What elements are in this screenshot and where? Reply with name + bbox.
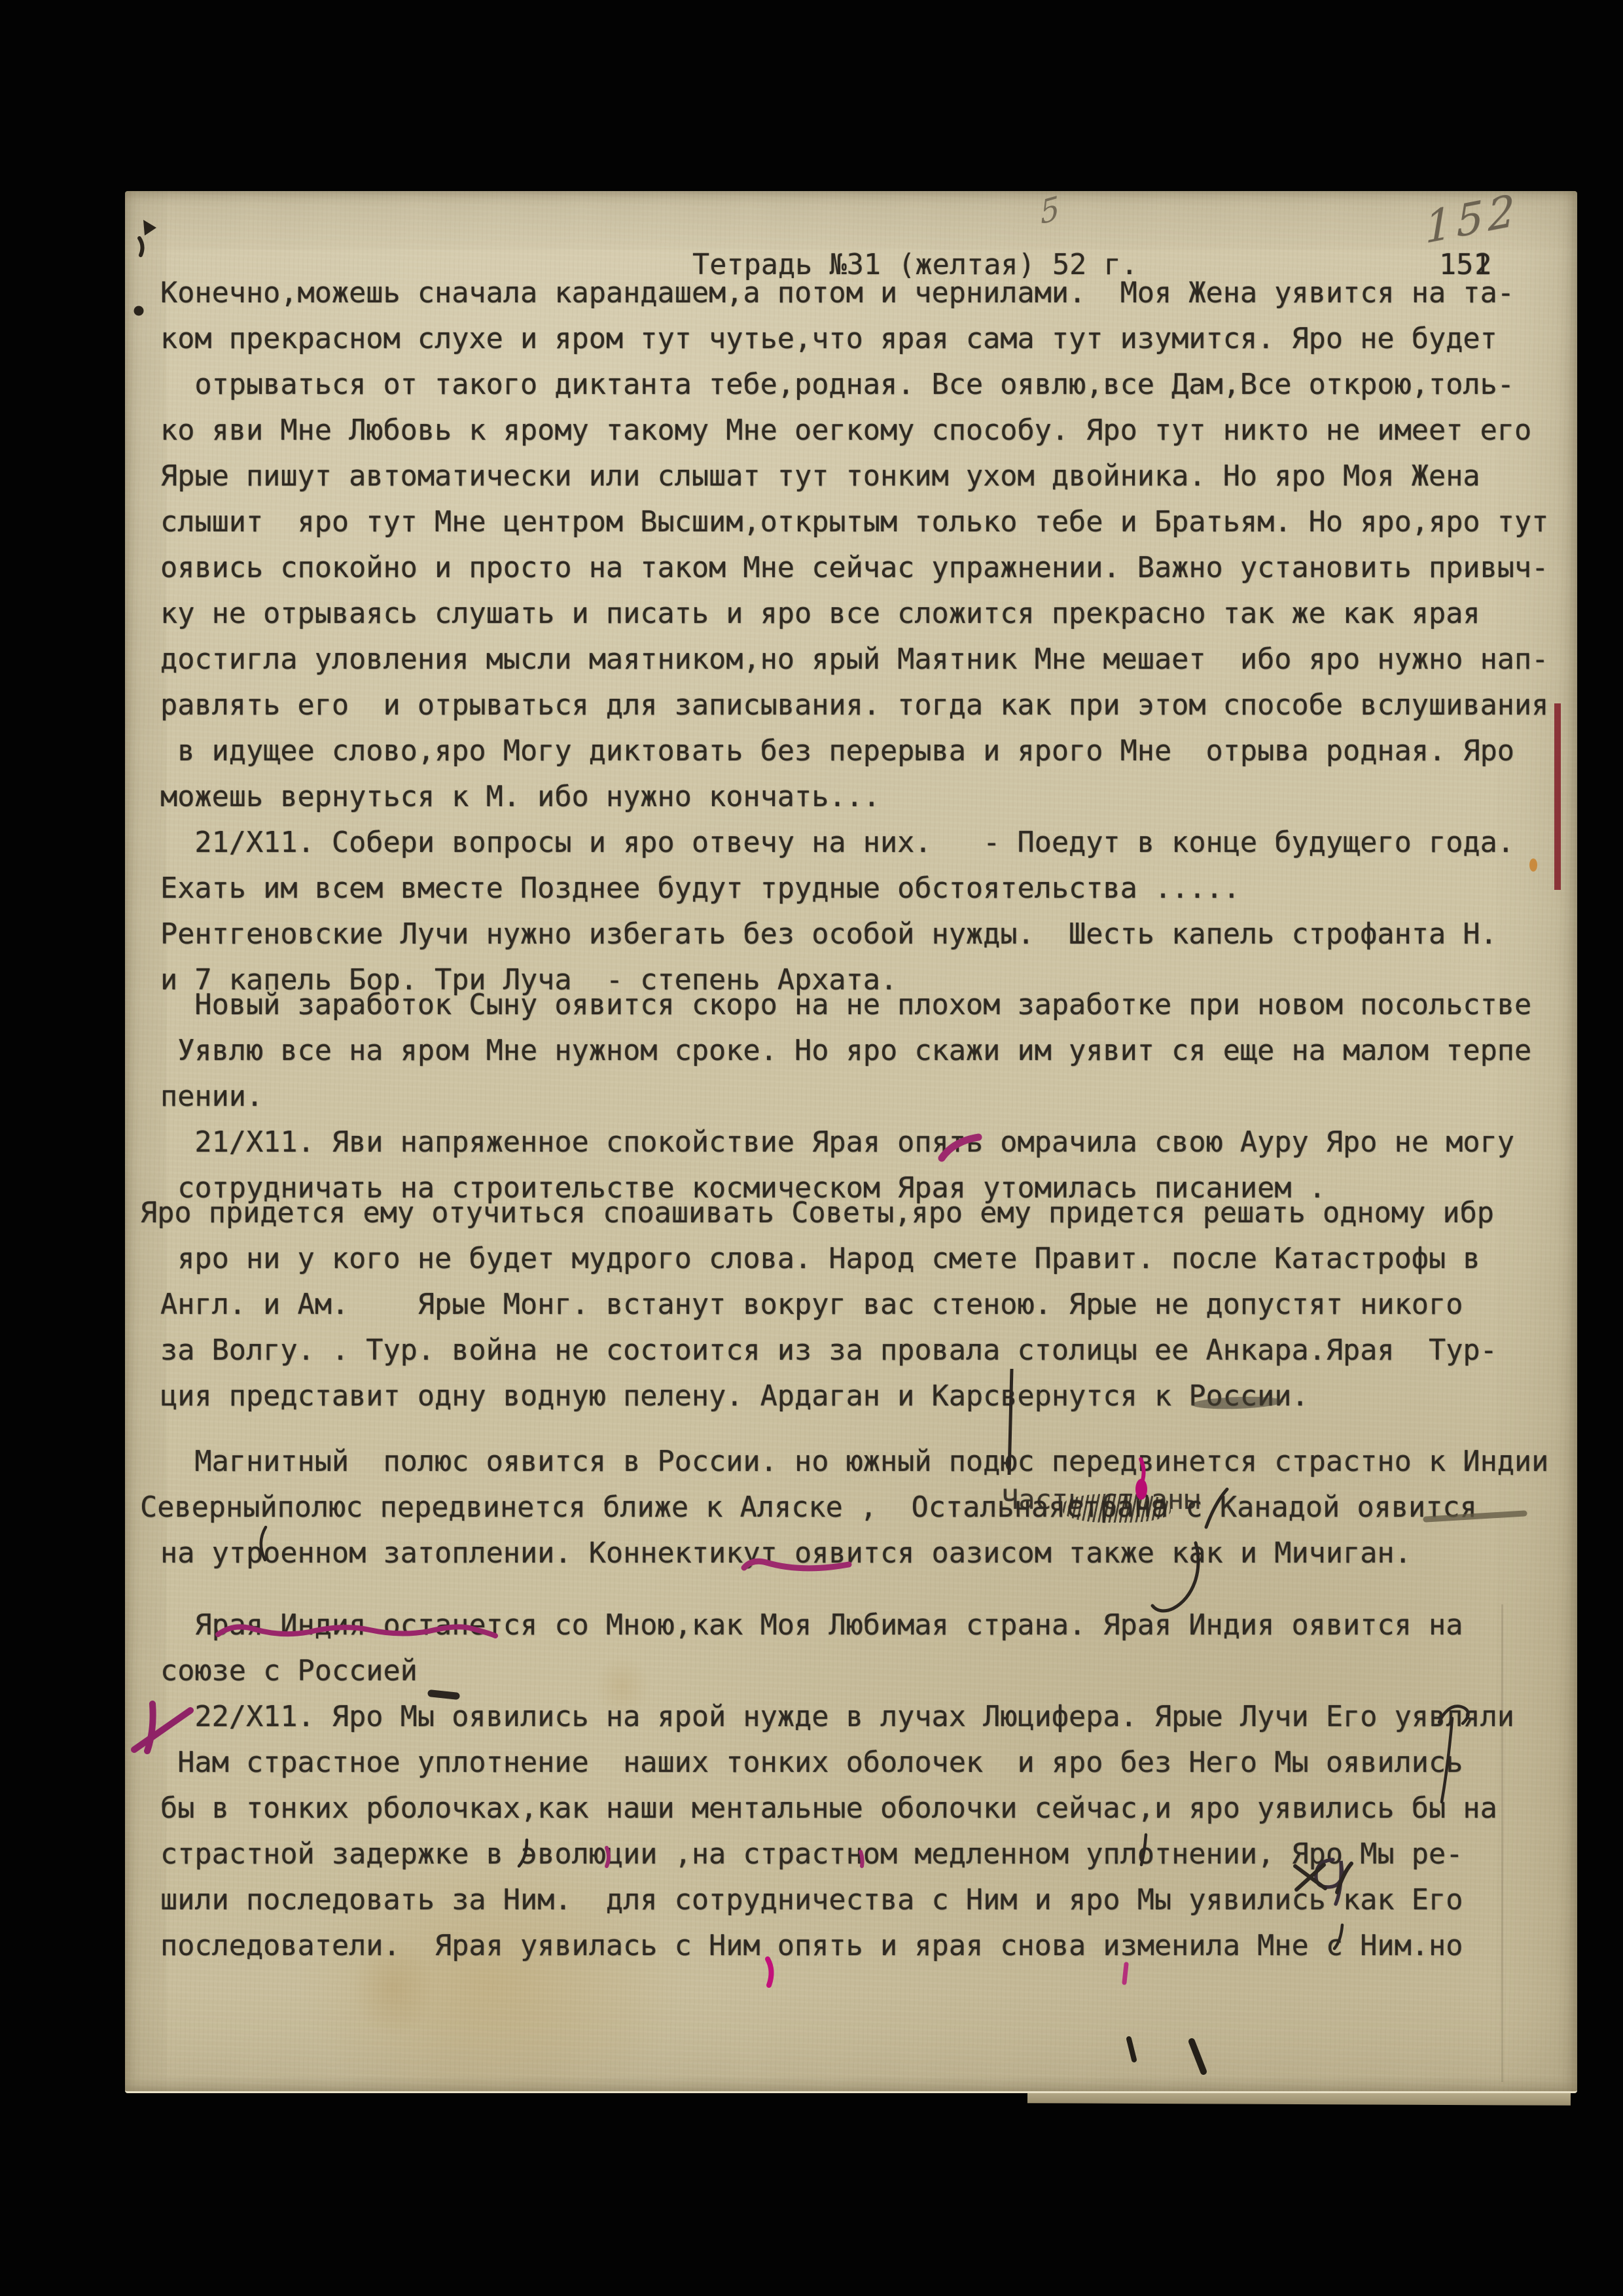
typed-line: в идущее слово,яро Могу диктовать без пе… <box>160 728 1573 774</box>
handwritten-page-number: 152 <box>1425 184 1520 253</box>
margin-ink-marks <box>134 220 157 316</box>
typed-line: Яро придется ему отучиться споашивать Со… <box>140 1190 1573 1236</box>
typed-line: на утроенном затоплении. Коннектикут ояв… <box>160 1530 1573 1576</box>
typed-line: достигла уловления мысли маятником,но яр… <box>160 637 1573 682</box>
typed-line: Ярые пишут автоматически или слышат тут … <box>160 453 1573 499</box>
typed-line: 21/Х11. Яви напряженное спокойствие Ярая… <box>160 1120 1573 1165</box>
typed-line-with-strikeout: Северныйполюс передвинется ближе к Аляск… <box>140 1485 1573 1530</box>
handwritten-pencil-mark: 5 <box>1039 189 1061 232</box>
scan-background: { "document": { "header": { "title": "Те… <box>0 0 1623 2296</box>
typed-line: шили последовать за Ним. для сотрудничес… <box>160 1877 1573 1923</box>
typed-line: можешь вернуться к М. ибо нужно кончать.… <box>160 774 1573 820</box>
typed-line: пении. <box>160 1074 1573 1120</box>
manuscript-page: 5 152 Тетрадь №31 (желтая) 52 г. 1512 Ча… <box>125 191 1577 2093</box>
typed-line: Ехать им всем вместе Позднее будут трудн… <box>160 866 1573 911</box>
typed-line: Магнитный полюс оявится в России. но южн… <box>160 1439 1573 1485</box>
typed-line: отрываться от такого диктанта тебе,родна… <box>160 362 1573 408</box>
typed-line: Рентгеновские Лучи нужно избегать без ос… <box>160 911 1573 957</box>
typed-line: ко яви Мне Любовь к ярому такому Мне оег… <box>160 408 1573 453</box>
typed-line: союзе с Россией <box>160 1648 1573 1694</box>
typed-line: яро ни у кого не будет мудрого слова. На… <box>160 1236 1573 1282</box>
typed-line: Ярая Индия останется со Мною,как Моя Люб… <box>160 1602 1573 1648</box>
typed-text-block: Конечно,можешь сначала карандашем,а пото… <box>160 270 1573 1969</box>
scribbled-out-word: страна <box>1065 1491 1168 1524</box>
typed-line: Англ. и Ам. Ярые Монг. встанут вокруг ва… <box>160 1282 1573 1328</box>
typed-line: 22/Х11. Яро Мы оявились на ярой нужде в … <box>160 1694 1573 1740</box>
typed-line: 21/Х11. Собери вопросы и яро отвечу на н… <box>160 820 1573 866</box>
typed-line: ку не отрываясь слушать и писать и яро в… <box>160 591 1573 637</box>
typed-line: Новый заработок Сыну оявится скоро на не… <box>160 982 1573 1028</box>
typed-line: Конечно,можешь сначала карандашем,а пото… <box>160 270 1573 316</box>
typed-line: оявись спокойно и просто на таком Мне се… <box>160 545 1573 591</box>
typed-line: последователи. Ярая уявилась с Ним опять… <box>160 1923 1573 1969</box>
typed-line: Уявлю все на яром Мне нужном сроке. Но я… <box>160 1028 1573 1074</box>
typed-line: ция представит одну водную пелену. Ардаг… <box>160 1373 1573 1419</box>
typed-line: за Волгу. . Тур. война не состоится из з… <box>160 1328 1573 1373</box>
typed-line: бы в тонких рболочках,как наши ментальны… <box>160 1786 1573 1831</box>
typed-line: Нам страстное уплотнение наших тонких об… <box>160 1740 1573 1786</box>
typed-line: ком прекрасном слухе и яром тут чутье,чт… <box>160 316 1573 362</box>
ink-dot-bullet <box>134 306 144 316</box>
typed-line: страстной задержке в эволюции ,на страст… <box>160 1831 1573 1877</box>
typed-line: слышит яро тут Мне центром Высшим,открыт… <box>160 499 1573 545</box>
ink-dashes-bottom <box>1129 2039 1204 2072</box>
typed-line: равлять его и отрываться для записывания… <box>160 682 1573 728</box>
